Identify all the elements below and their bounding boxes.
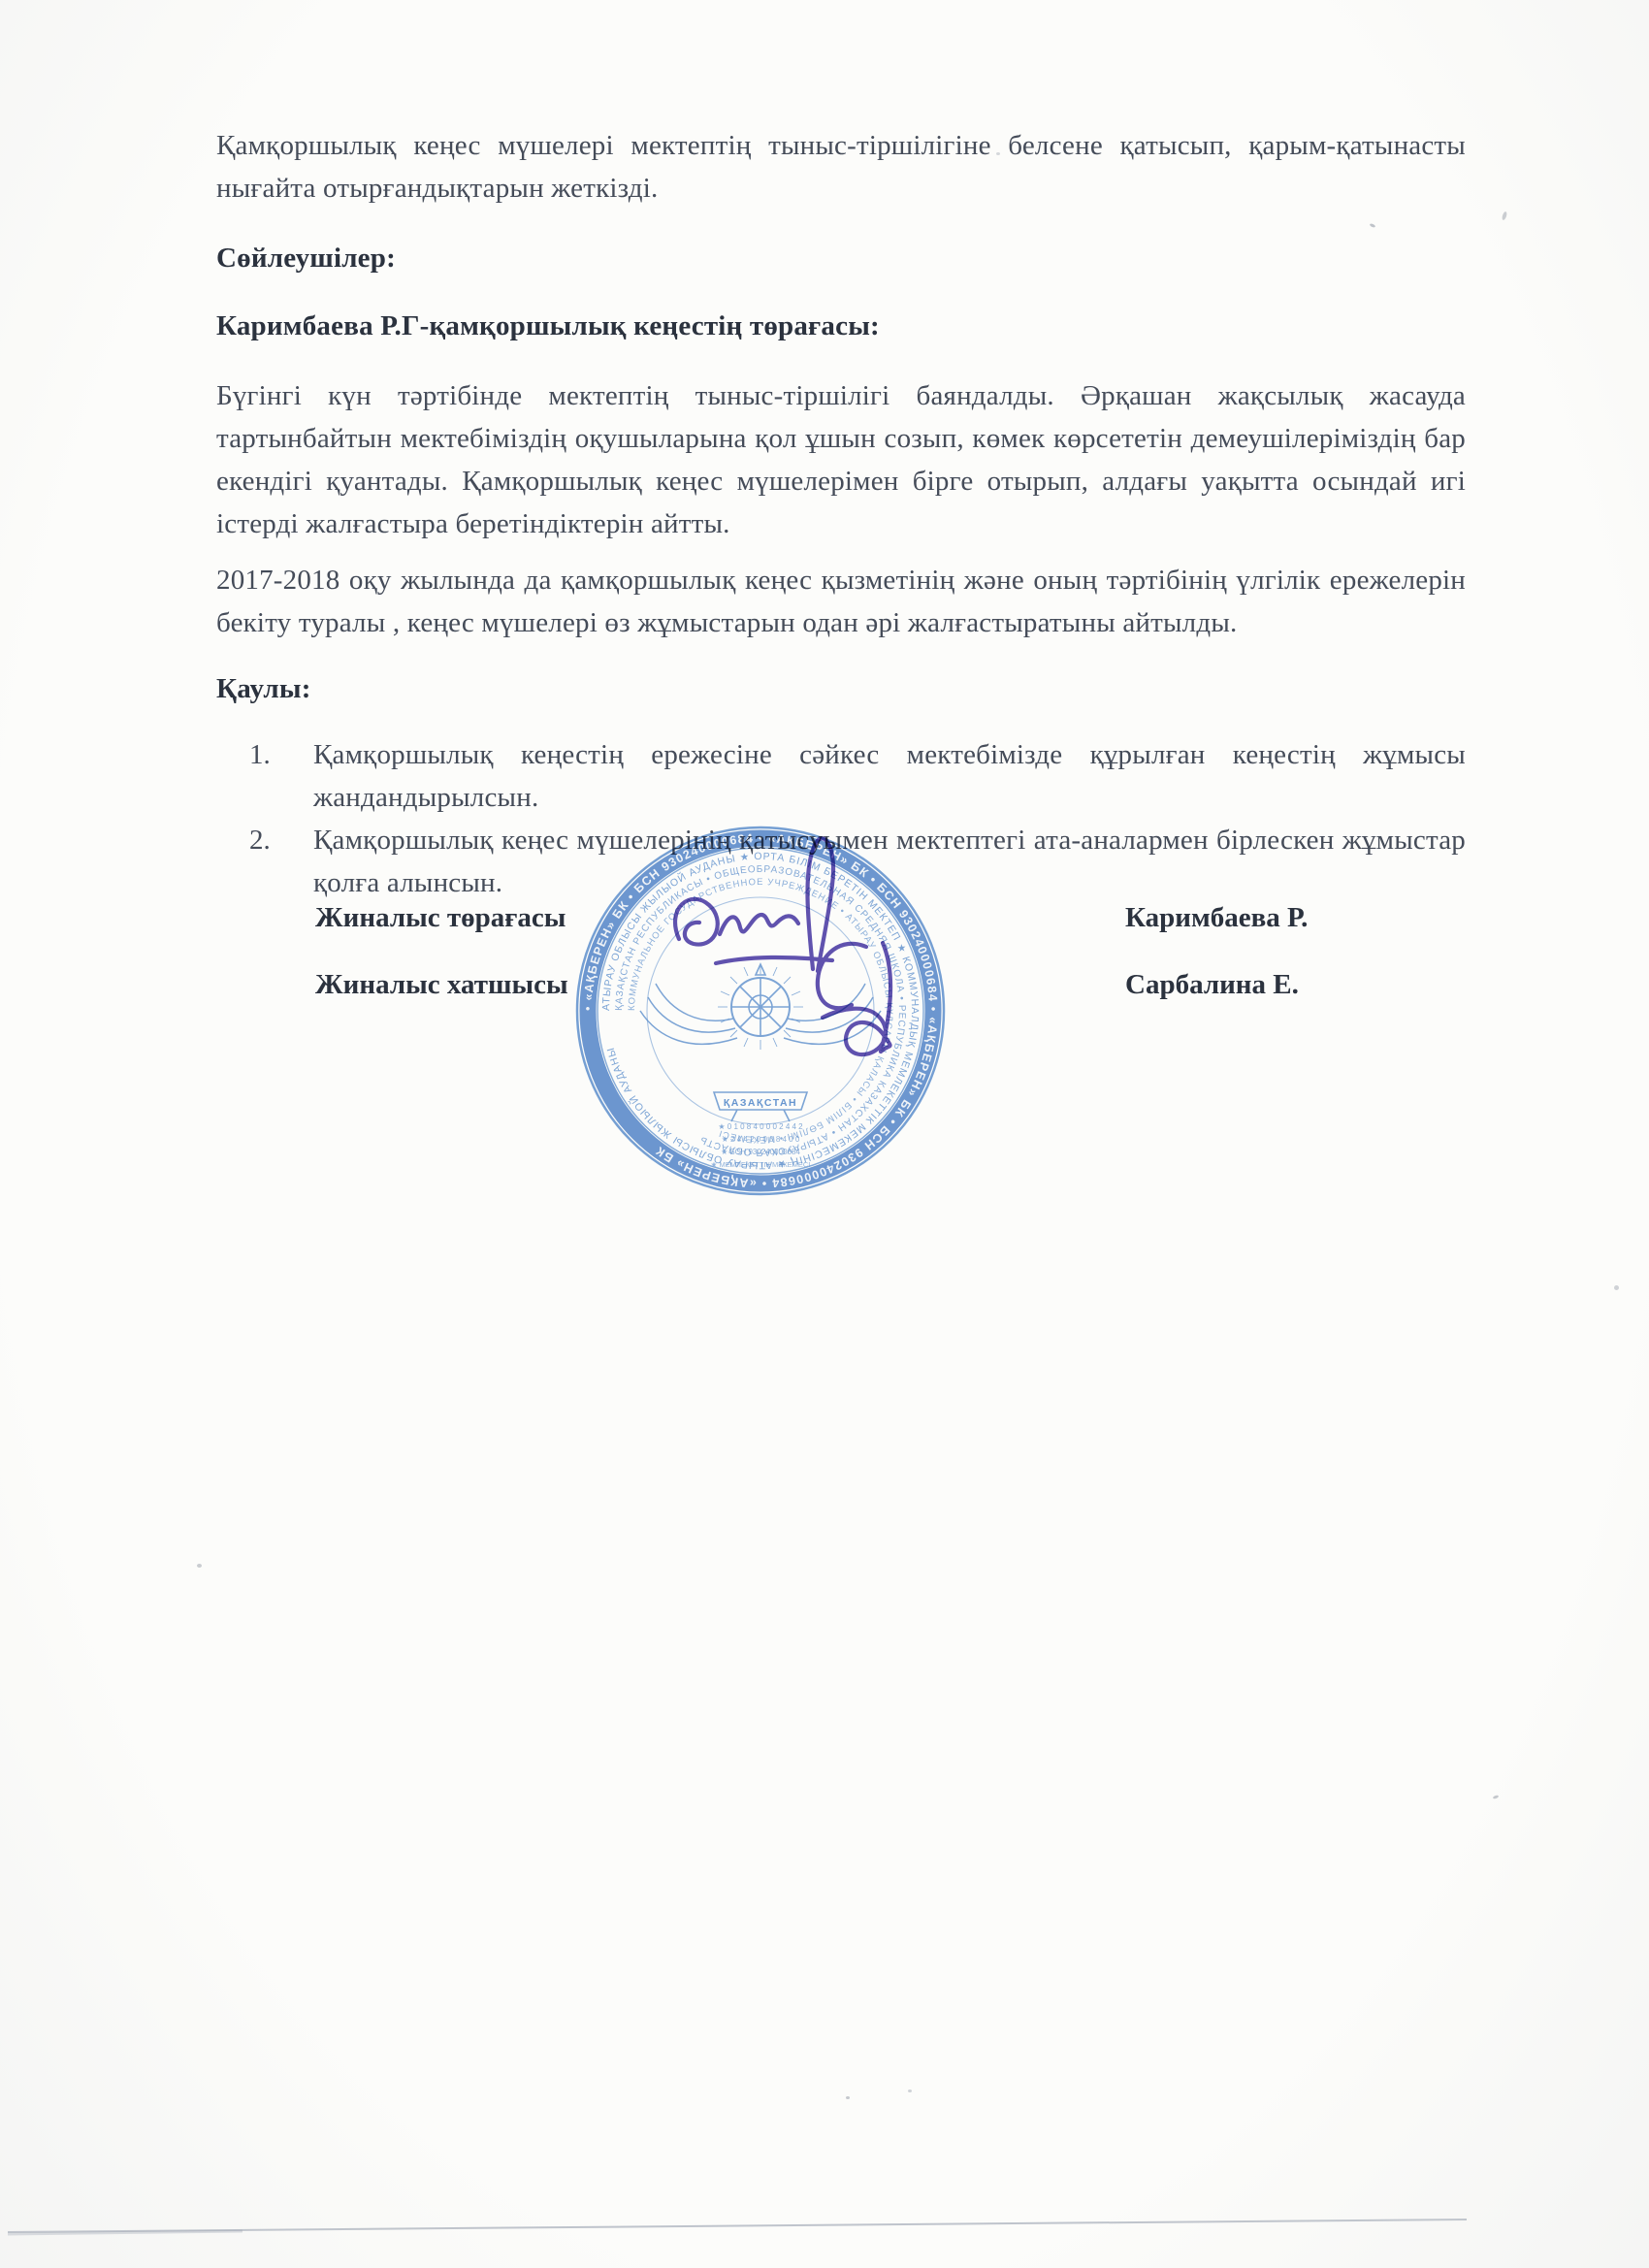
decision-item: 1. Қамқоршылық кеңестің ережесіне сәйкес…	[249, 733, 1466, 819]
bottom-scan-line-heavy	[8, 2231, 242, 2234]
decision-text: Қамқоршылық кеңестің ережесіне сәйкес ме…	[313, 733, 1466, 819]
stamp-code-row: ★ БСН 930240000684	[721, 1148, 800, 1156]
speck	[1502, 211, 1508, 221]
decision-number: 1.	[249, 733, 313, 776]
bottom-scan-line	[8, 2219, 1467, 2232]
stamp-center-label: ҚАЗАҚСТАН	[724, 1097, 797, 1109]
paragraph-speech: Бүгінгі күн тәртібінде мектептің тыныс-т…	[216, 374, 1466, 545]
scanned-document-page: Қамқоршылық кеңес мүшелері мектептің тын…	[0, 0, 1649, 2268]
speck	[846, 2096, 850, 2099]
speck	[1370, 223, 1376, 228]
heading-decision: Қаулы:	[216, 669, 1466, 708]
stamp-code-row: ★ 0 1 0 8 4 0 0 0 2 4 4 2	[718, 1122, 803, 1131]
stamp-code-row: ★ МЕМЛЕКЕТТІК МЕКЕМЕСІ	[711, 1160, 811, 1169]
signature-role: Жиналыс хатшысы	[315, 967, 568, 1002]
speck	[1614, 1285, 1619, 1290]
speck	[908, 2090, 912, 2092]
heading-speakers: Сөйлеушілер:	[216, 239, 1466, 277]
signature-name: Каримбаева Р.	[1125, 900, 1308, 935]
heading-speaker-karimbaeva: Каримбаева Р.Г-қамқоршылық кеңестің төра…	[216, 307, 1466, 345]
paragraph-school-year: 2017-2018 оқу жылында да қамқоршылық кең…	[216, 559, 1466, 644]
paragraph-intro: Қамқоршылық кеңес мүшелері мектептің тын…	[216, 124, 1466, 210]
decision-number: 2.	[249, 819, 313, 861]
signature-name: Сарбалина Е.	[1125, 967, 1299, 1002]
speck	[996, 152, 1000, 155]
speck	[1493, 1795, 1500, 1799]
signature-role: Жиналыс төрағасы	[315, 900, 566, 935]
stamp-code-row: ★ 2 4 4 2 0 0 0 8 4 0 0	[722, 1135, 800, 1144]
official-stamp: • «АҚБЕРЕН» БК • БСН 930240000684 • «АҚБ…	[566, 817, 954, 1205]
speck	[197, 1564, 202, 1568]
